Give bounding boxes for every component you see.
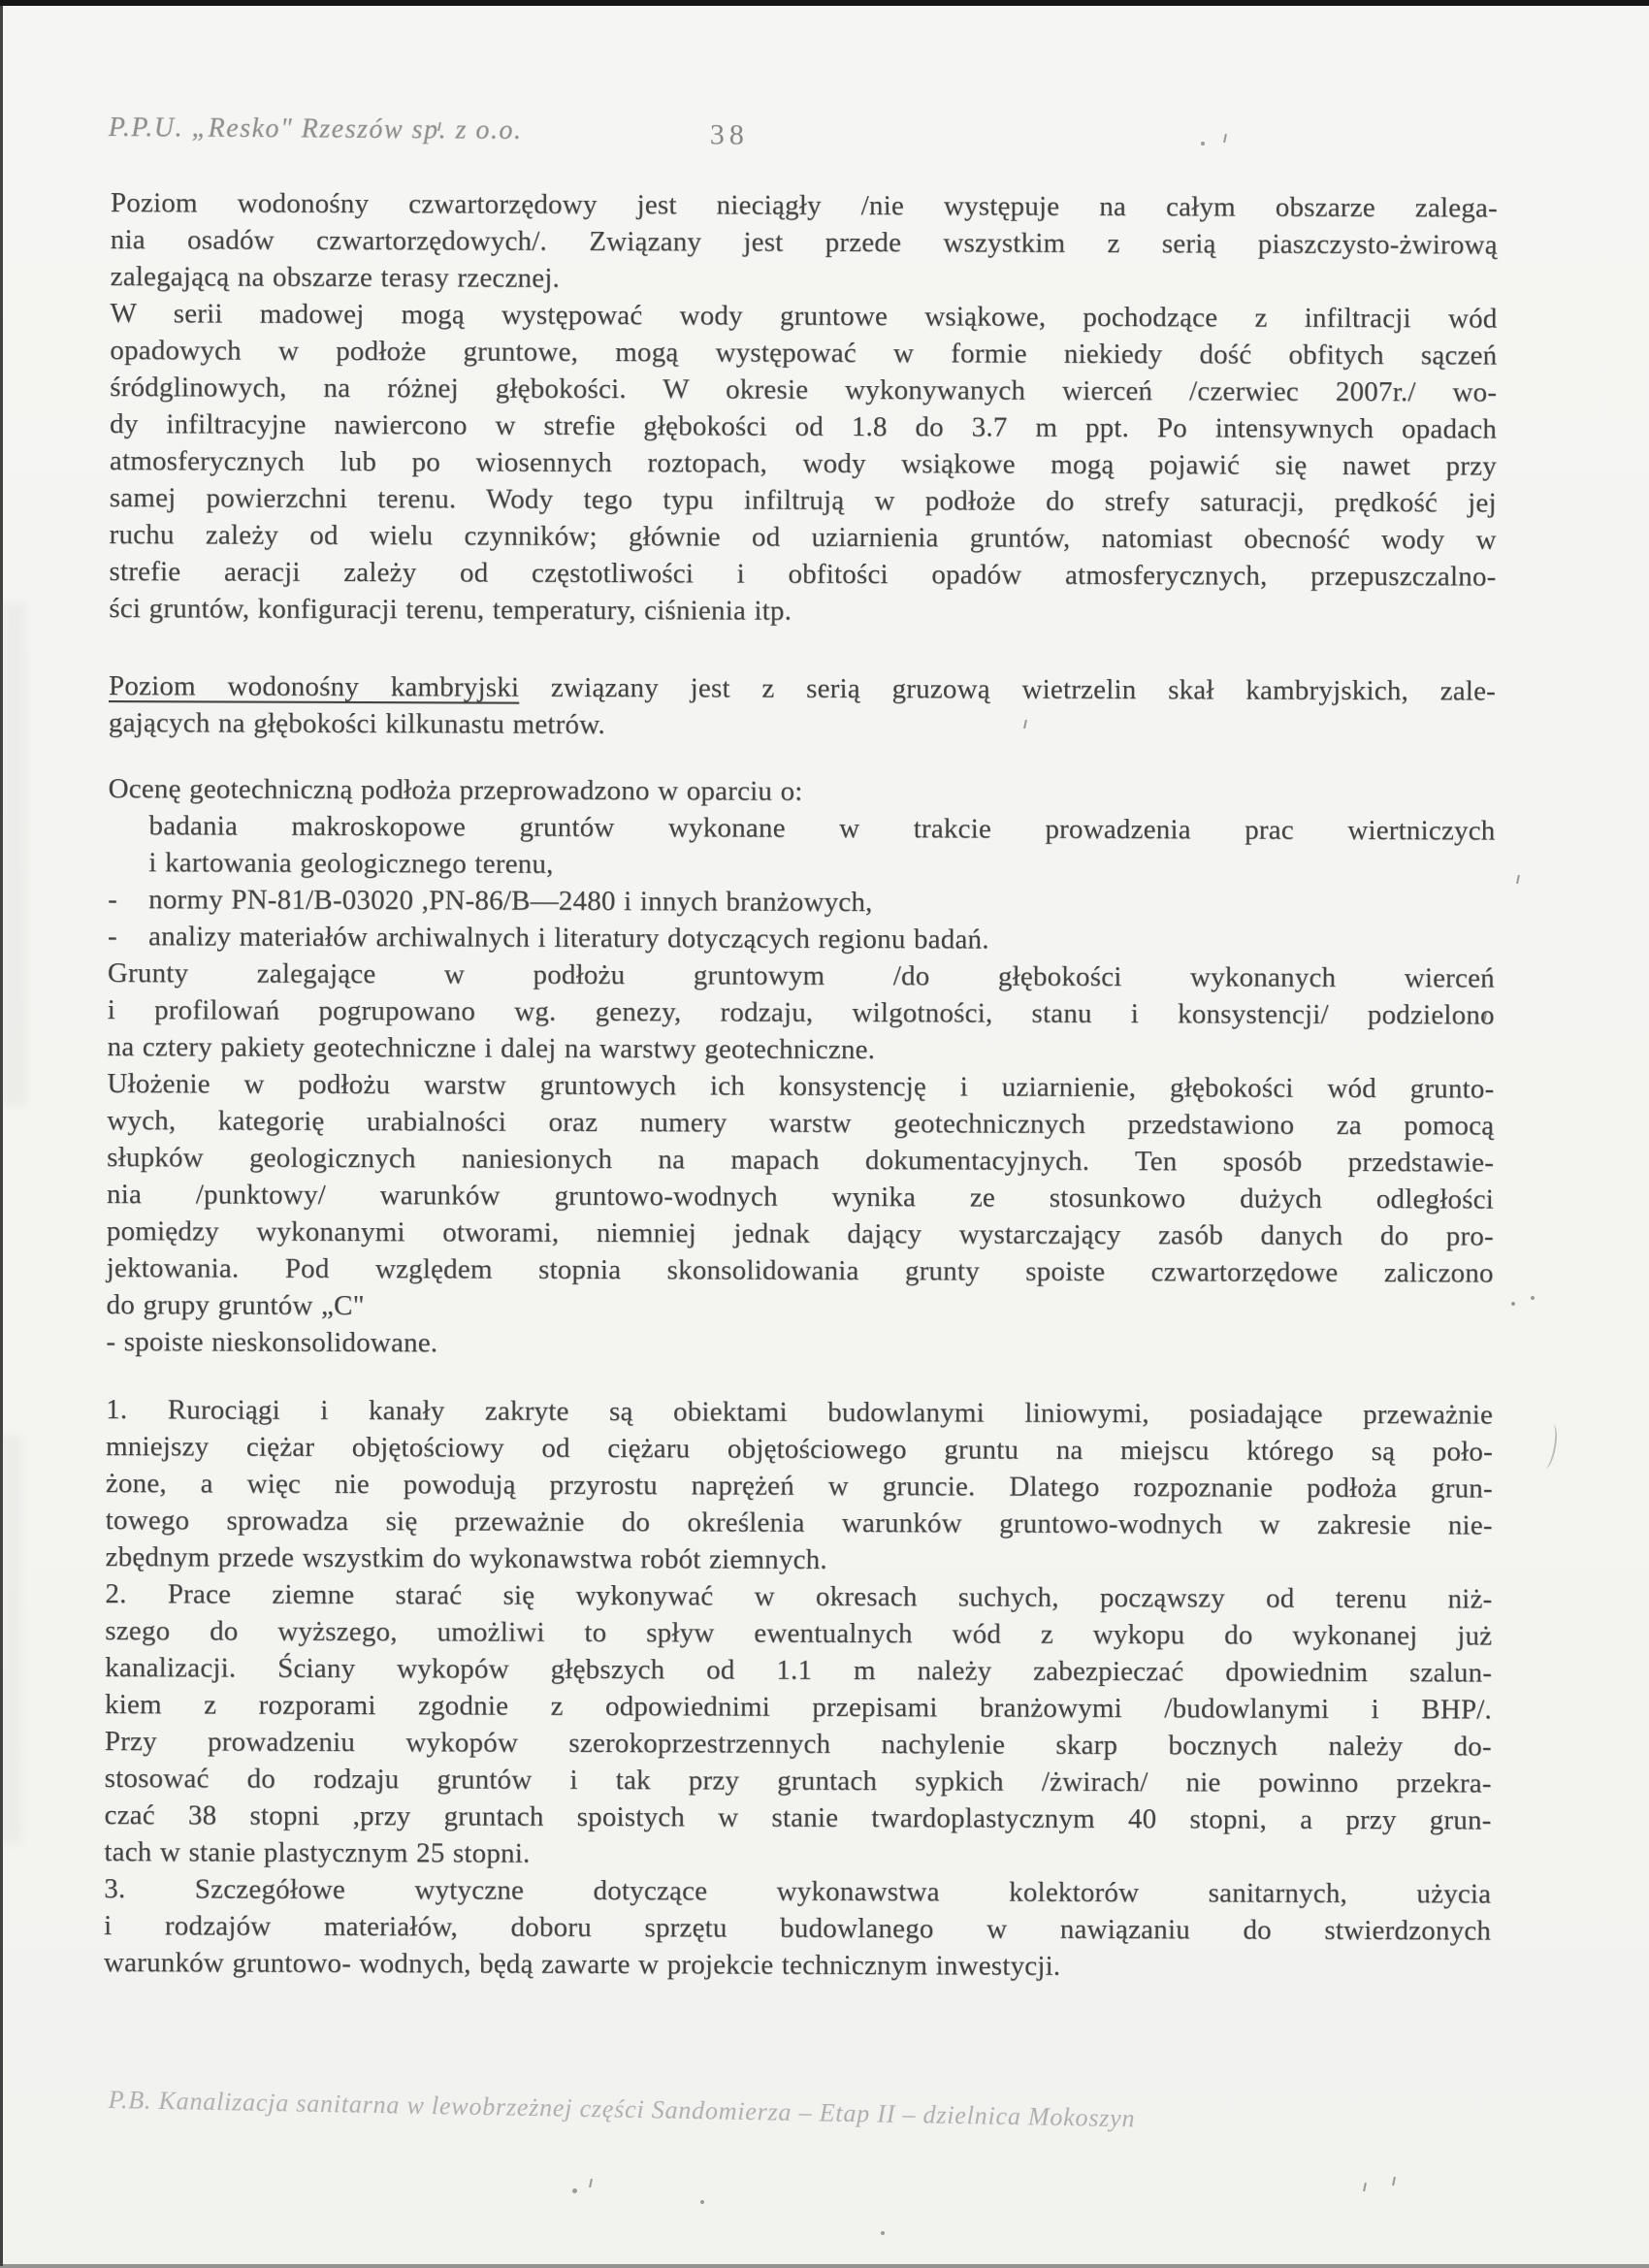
text-line: atmosferycznych lub po wiosennych roztop…: [110, 442, 1497, 484]
text-line: szego do wyższego, umożliwi to spływ ewe…: [105, 1612, 1492, 1654]
text-line: nia /punktowy/ warunków gruntowo-wodnych…: [107, 1176, 1494, 1217]
text-line: zalegającą na obszarze terasy rzecznej.: [111, 258, 1498, 300]
text-line: 2. Prace ziemne starać się wykonywać w o…: [105, 1575, 1492, 1617]
text-line: 1. Rurociągi i kanały zakryte są obiekta…: [106, 1391, 1493, 1433]
scan-speck: [589, 2179, 593, 2187]
page-number: 38: [710, 118, 749, 151]
text-line: i rodzajów materiałów, doboru sprzętu bu…: [104, 1907, 1491, 1949]
text-span: związany jest z serią gruzową wietrzelin…: [519, 672, 1496, 707]
numbered-note-1: 1. Rurociągi i kanały zakryte są obiekta…: [105, 1391, 1493, 1580]
company-name: P.P.U. „Resko" Rzeszów sp. z o.o.: [109, 113, 523, 146]
text-line: gających na głębokości kilkunastu metrów…: [109, 704, 1496, 746]
text-line: zbędnym przede wszystkim do wykonawstwa …: [105, 1539, 1492, 1580]
paragraph-layers-presentation: Ułożenie w podłożu warstw gruntowych ich…: [106, 1065, 1494, 1328]
paragraph-soil-grouping: Grunty zalegające w podłożu gruntowym /d…: [108, 955, 1495, 1070]
text-line: Przy prowadzeniu wykopów szerokoprzestrz…: [105, 1723, 1492, 1765]
assessment-item: - normy PN-81/B-03020 ,PN-86/B—2480 i in…: [108, 881, 1495, 923]
list-marker: -: [108, 881, 148, 918]
text-line: Ułożenie w podłożu warstw gruntowych ich…: [107, 1065, 1494, 1107]
numbered-note-2: 2. Prace ziemne starać się wykonywać w o…: [104, 1575, 1492, 1875]
text-line: na cztery pakiety geotechniczne i dalej …: [108, 1028, 1495, 1070]
scanned-document-page: { "header": { "company": "P.P.U. „Resko\…: [0, 0, 1649, 2268]
text-line: nia osadów czwartorzędowych/. Związany j…: [111, 221, 1498, 263]
scan-speck: [572, 2188, 577, 2193]
scan-speck: [700, 2200, 704, 2204]
scan-edge-bottom: [0, 2264, 1649, 2268]
line-cohesive-unconsolidated: - spoiste nieskonsolidowane.: [106, 1323, 1493, 1365]
list-marker: [108, 807, 148, 844]
scan-edge-top: [0, 0, 1649, 6]
text-line: kanalizacji. Ściany wykopów głębszych od…: [105, 1649, 1492, 1691]
scan-smudge: [2, 1436, 21, 1843]
text-line: i profilowań pogrupowano wg. genezy, rod…: [108, 991, 1495, 1033]
scan-speck: [1201, 142, 1205, 146]
scan-edge-left: [0, 6, 3, 2266]
text-line: opadowych w podłoże gruntowe, mogą wystę…: [110, 332, 1497, 373]
text-line: analizy materiałów archiwalnych i litera…: [148, 918, 1495, 959]
underlined-lead: Poziom wodonośny kambryjski: [109, 670, 519, 703]
text-line: śródglinowych, na różnej głębokości. W o…: [110, 369, 1497, 410]
text-line: normy PN-81/B-03020 ,PN-86/B—2480 i inny…: [148, 881, 1495, 923]
text-line: i kartowania geologicznego terenu,: [148, 844, 1495, 886]
text-line: ruchu zależy od wielu czynników; głównie…: [110, 516, 1497, 558]
paragraph-quaternary-aquifer: Poziom wodonośny czwartorzędowy jest nie…: [111, 184, 1498, 300]
paragraph-cambrian-aquifer: Poziom wodonośny kambryjski związany jes…: [109, 667, 1496, 746]
page-header: P.P.U. „Resko" Rzeszów sp. z o.o. 38: [109, 113, 1496, 165]
list-item-text: normy PN-81/B-03020 ,PN-86/B—2480 i inny…: [148, 881, 1495, 923]
scan-smudge: [2, 601, 27, 1106]
text-line: jektowania. Pod względem stopnia skonsol…: [107, 1249, 1494, 1291]
text-line: Poziom wodonośny czwartorzędowy jest nie…: [111, 184, 1498, 226]
scan-squiggle: [1538, 1423, 1560, 1470]
text-line: czać 38 stopni ,przy gruntach spoistych …: [104, 1797, 1491, 1838]
text-line: strefie aeracji zależy od częstotliwości…: [109, 553, 1496, 595]
text-line: do grupy gruntów „C": [106, 1286, 1493, 1328]
text-line: W serii madowej mogą występować wody gru…: [110, 295, 1497, 337]
numbered-note-3: 3. Szczegółowe wytyczne dotyczące wykona…: [104, 1870, 1491, 1986]
scan-speck: [1363, 2183, 1367, 2191]
paragraph-mada-series: W serii madowej mogą występować wody gru…: [109, 295, 1497, 632]
assessment-intro-line: Ocenę geotechniczną podłoża przeprowadzo…: [109, 770, 1496, 812]
list-item-text: analizy materiałów archiwalnych i litera…: [148, 918, 1495, 959]
text-line: pomiędzy wykonanymi otworami, niemniej j…: [107, 1213, 1494, 1254]
scan-speck: [1511, 1302, 1515, 1306]
text-line: żone, a więc nie powodują przyrostu napr…: [106, 1465, 1493, 1507]
document-body: Poziom wodonośny czwartorzędowy jest nie…: [104, 184, 1498, 1986]
footer-project-title: P.B. Kanalizacja sanitarna w lewobrzeżne…: [108, 2086, 1310, 2137]
text-line: mniejszy ciężar objętościowy od ciężaru …: [106, 1428, 1493, 1470]
assessment-item: badania makroskopowe gruntów wykonane w …: [108, 807, 1495, 886]
text-line: Poziom wodonośny kambryjski związany jes…: [109, 667, 1496, 709]
text-line: kiem z rozporami zgodnie z odpowiednimi …: [105, 1686, 1492, 1728]
text-line: Grunty zalegające w podłożu gruntowym /d…: [108, 955, 1495, 996]
scan-speck: [1392, 2177, 1396, 2186]
list-marker: -: [108, 918, 148, 955]
text-line: towego sprowadza się przeważnie do okreś…: [106, 1502, 1493, 1543]
scan-speck: [1516, 875, 1520, 884]
text-line: stosować do rodzaju gruntów i tak przy g…: [105, 1760, 1492, 1801]
text-line: słupków geologicznych naniesionych na ma…: [107, 1139, 1494, 1181]
assessment-item: - analizy materiałów archiwalnych i lite…: [108, 918, 1495, 959]
text-line: ści gruntów, konfiguracji terenu, temper…: [109, 590, 1496, 632]
scan-speck: [881, 2231, 885, 2235]
text-line: dy infiltracyjne nawiercono w strefie gł…: [110, 405, 1497, 447]
text-line: 3. Szczegółowe wytyczne dotyczące wykona…: [104, 1870, 1491, 1912]
list-item-text: badania makroskopowe gruntów wykonane w …: [148, 807, 1495, 886]
text-line: warunków gruntowo- wodnych, będą zawarte…: [104, 1944, 1491, 1986]
text-line: wych, kategorię urabialności oraz numery…: [107, 1102, 1494, 1144]
text-line: tach w stanie plastycznym 25 stopni.: [104, 1833, 1491, 1875]
scan-speck: [1531, 1296, 1535, 1300]
text-line: samej powierzchni terenu. Wody tego typu…: [110, 479, 1497, 521]
text-line: badania makroskopowe gruntów wykonane w …: [148, 807, 1495, 849]
